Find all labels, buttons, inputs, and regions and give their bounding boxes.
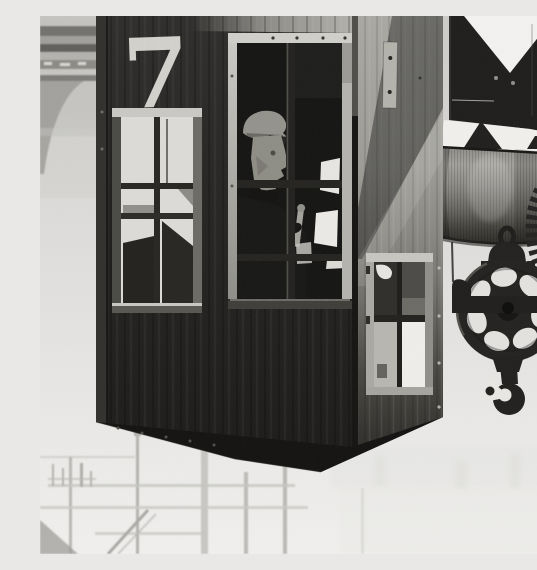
film-grain-overlay <box>40 16 537 554</box>
crane-photograph: 7 <box>40 16 537 554</box>
